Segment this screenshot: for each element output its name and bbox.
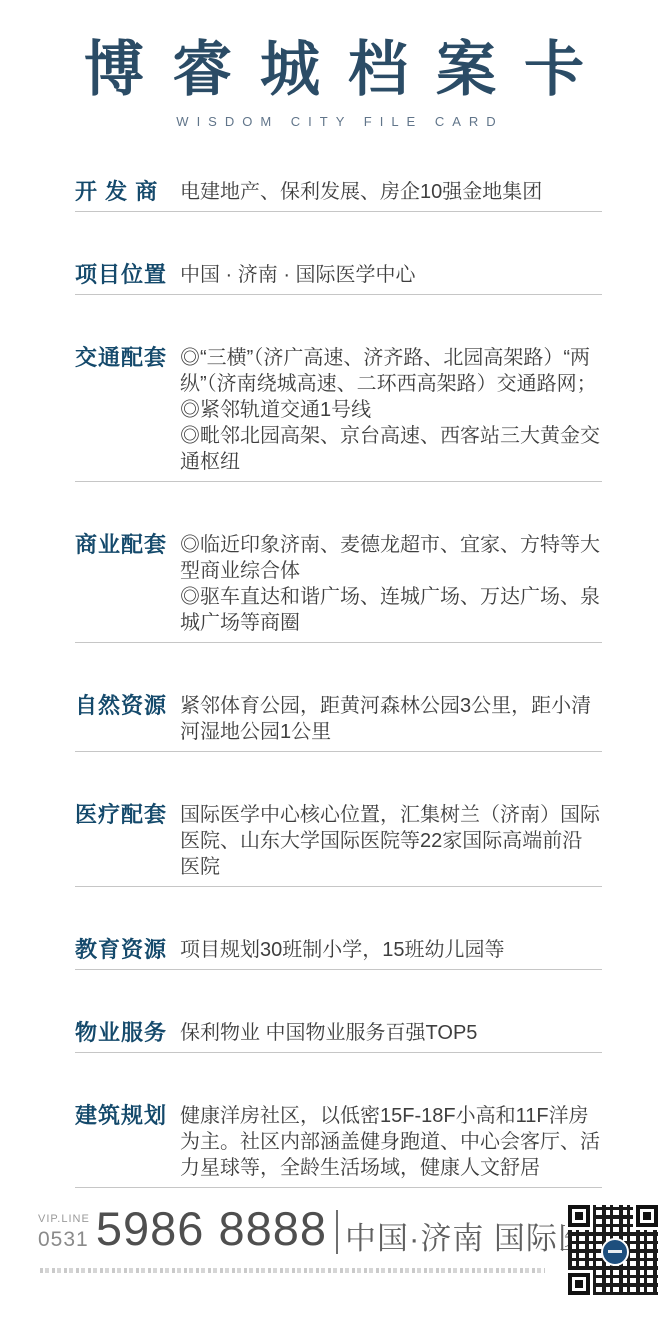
row-education: 教育资源 项目规划30班制小学，15班幼儿园等 <box>75 937 602 970</box>
row-label: 医疗配套 <box>75 802 171 828</box>
file-card-page: 博睿城档案卡 WISDOM CITY FILE CARD 开 发 商 电建地产、… <box>0 0 672 1319</box>
row-commerce: 商业配套 ◎临近印象济南、麦德龙超市、宜家、方特等大型商业综合体 ◎驱车直达和谐… <box>75 532 602 643</box>
page-subtitle: WISDOM CITY FILE CARD <box>0 114 672 129</box>
row-content-line: 紧邻体育公园，距黄河森林公园3公里，距小清河湿地公园1公里 <box>180 693 602 745</box>
fine-print-disclaimer <box>40 1268 545 1273</box>
row-content-line: 国际医学中心核心位置，汇集树兰（济南）国际医院、山东大学国际医院等22家国际高端… <box>180 802 602 880</box>
row-content: 中国 · 济南 · 国际医学中心 <box>180 262 602 288</box>
row-location: 项目位置 中国 · 济南 · 国际医学中心 <box>75 262 602 295</box>
row-medical: 医疗配套 国际医学中心核心位置，汇集树兰（济南）国际医院、山东大学国际医院等22… <box>75 802 602 887</box>
row-content-line: 电建地产、保利发展、房企10强金地集团 <box>180 179 602 205</box>
row-content: ◎临近印象济南、麦德龙超市、宜家、方特等大型商业综合体 ◎驱车直达和谐广场、连城… <box>180 532 602 636</box>
row-label: 物业服务 <box>75 1020 171 1046</box>
row-content: 国际医学中心核心位置，汇集树兰（济南）国际医院、山东大学国际医院等22家国际高端… <box>180 802 602 880</box>
vip-line-label: VIP.LINE <box>38 1214 90 1225</box>
area-code: 0531 <box>38 1229 90 1250</box>
row-content-line: ◎驱车直达和谐广场、连城广场、万达广场、泉城广场等商圈 <box>180 584 602 636</box>
footer-divider <box>336 1210 338 1254</box>
row-content: 项目规划30班制小学，15班幼儿园等 <box>180 937 602 963</box>
row-content-line: 中国 · 济南 · 国际医学中心 <box>180 262 602 288</box>
row-transport: 交通配套 ◎“三横”（济广高速、济齐路、北园高架路）“两纵”（济南绕城高速、二环… <box>75 345 602 482</box>
row-label: 开 发 商 <box>75 179 171 205</box>
row-content: 健康洋房社区，以低密15F-18F小高和11F洋房为主。社区内部涵盖健身跑道、中… <box>180 1103 602 1181</box>
row-label: 项目位置 <box>75 262 171 288</box>
row-content: 紧邻体育公园，距黄河森林公园3公里，距小清河湿地公园1公里 <box>180 693 602 745</box>
qr-finder-icon <box>568 1205 590 1227</box>
phone-number: 5986 8888 <box>96 1204 327 1254</box>
card-footer: VIP.LINE 0531 5986 8888 中国·济南 国际医学城 <box>38 1200 658 1305</box>
row-content-line: 项目规划30班制小学，15班幼儿园等 <box>180 937 602 963</box>
row-label: 商业配套 <box>75 532 171 558</box>
page-title: 博睿城档案卡 <box>0 34 672 106</box>
row-content-line: ◎紧邻轨道交通1号线 <box>180 397 602 423</box>
qr-center-logo-icon <box>601 1238 629 1266</box>
row-content: 电建地产、保利发展、房企10强金地集团 <box>180 179 602 205</box>
info-sections: 开 发 商 电建地产、保利发展、房企10强金地集团 项目位置 中国 · 济南 ·… <box>0 179 672 1188</box>
row-label: 教育资源 <box>75 937 171 963</box>
row-architecture: 建筑规划 健康洋房社区，以低密15F-18F小高和11F洋房为主。社区内部涵盖健… <box>75 1103 602 1188</box>
row-content-line: ◎“三横”（济广高速、济齐路、北园高架路）“两纵”（济南绕城高速、二环西高架路）… <box>180 345 602 397</box>
qr-code-icon <box>568 1205 658 1295</box>
row-nature: 自然资源 紧邻体育公园，距黄河森林公园3公里，距小清河湿地公园1公里 <box>75 693 602 752</box>
row-label: 自然资源 <box>75 693 171 719</box>
row-content: 保利物业 中国物业服务百强TOP5 <box>180 1020 602 1046</box>
row-label: 交通配套 <box>75 345 171 371</box>
row-developer: 开 发 商 电建地产、保利发展、房企10强金地集团 <box>75 179 602 212</box>
row-label: 建筑规划 <box>75 1103 171 1129</box>
vip-line-block: VIP.LINE 0531 <box>38 1214 90 1250</box>
qr-finder-icon <box>636 1205 658 1227</box>
row-content-line: ◎毗邻北园高架、京台高速、西客站三大黄金交通枢纽 <box>180 423 602 475</box>
row-content-line: 保利物业 中国物业服务百强TOP5 <box>180 1020 602 1046</box>
row-content-line: 健康洋房社区，以低密15F-18F小高和11F洋房为主。社区内部涵盖健身跑道、中… <box>180 1103 602 1181</box>
row-content-line: ◎临近印象济南、麦德龙超市、宜家、方特等大型商业综合体 <box>180 532 602 584</box>
card-header: 博睿城档案卡 WISDOM CITY FILE CARD <box>0 0 672 129</box>
row-content: ◎“三横”（济广高速、济齐路、北园高架路）“两纵”（济南绕城高速、二环西高架路）… <box>180 345 602 475</box>
qr-finder-icon <box>568 1273 590 1295</box>
row-property-service: 物业服务 保利物业 中国物业服务百强TOP5 <box>75 1020 602 1053</box>
